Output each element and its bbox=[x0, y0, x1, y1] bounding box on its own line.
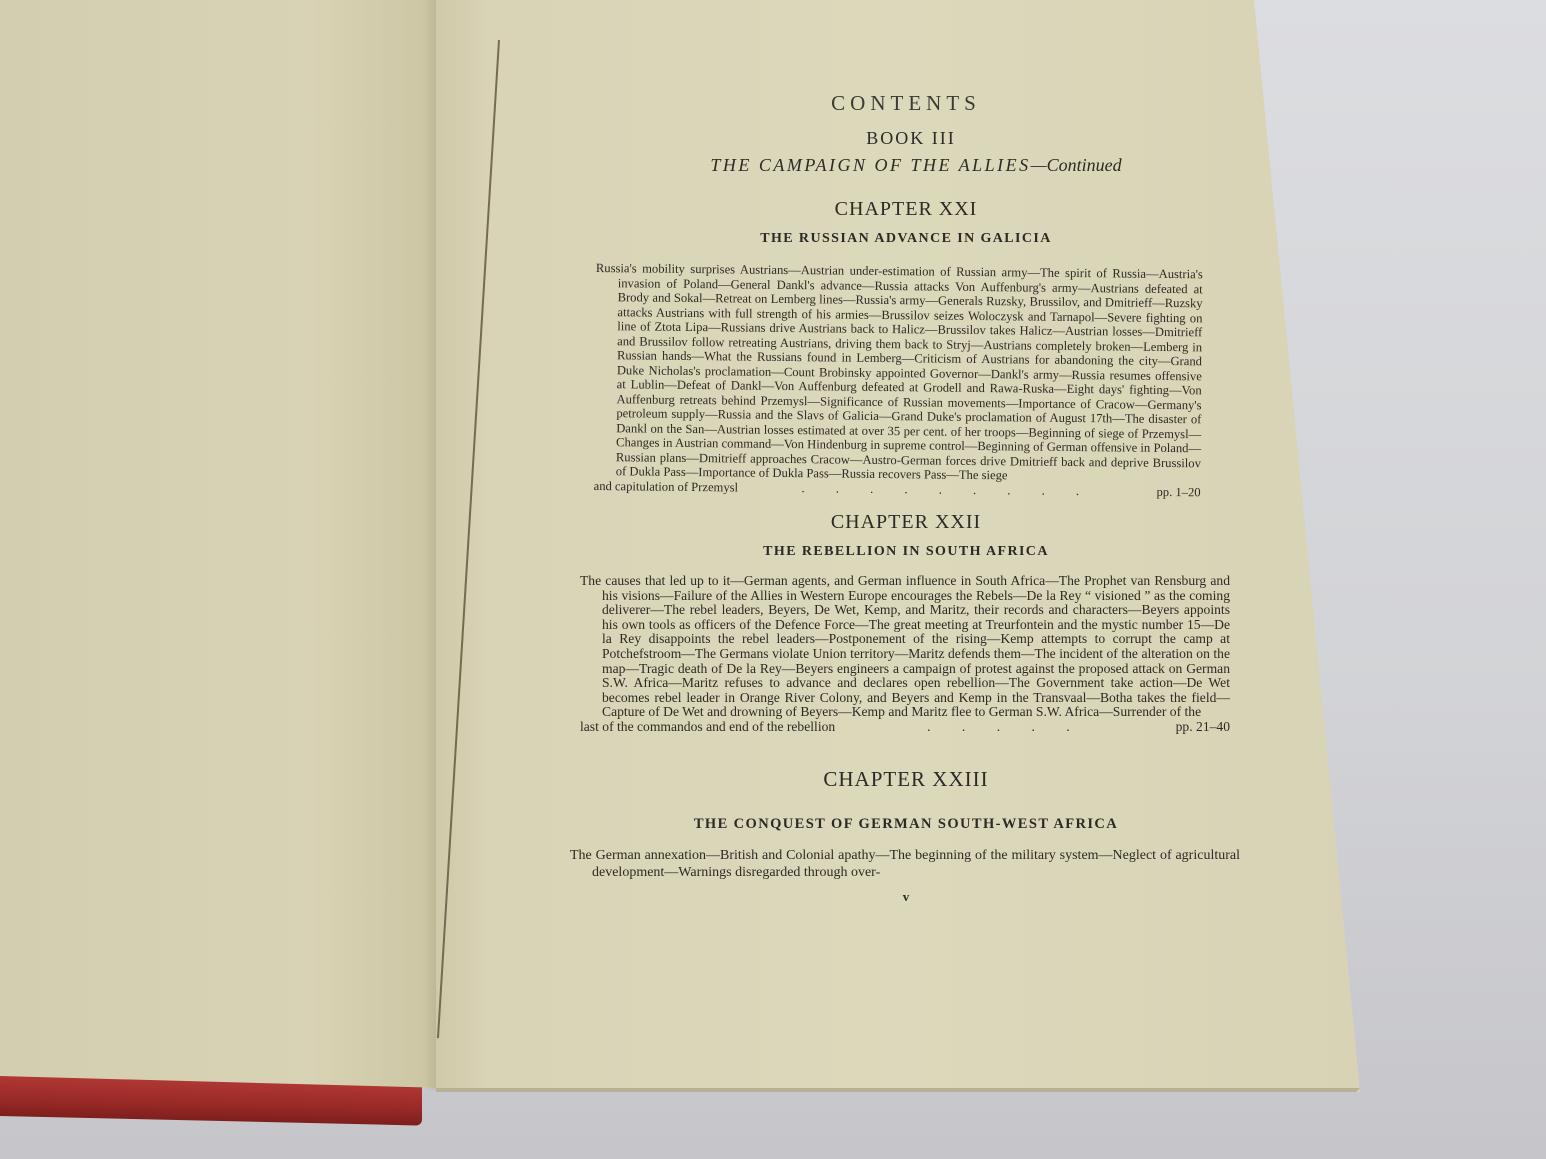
chapter-22-title: THE REBELLION IN SOUTH AFRICA bbox=[586, 544, 1226, 560]
chapter-23-title: THE CONQUEST OF GERMAN SOUTH-WEST AFRICA bbox=[586, 816, 1226, 833]
chapter-23-heading: CHAPTER XXIII bbox=[586, 767, 1226, 792]
book-subtitle-main: THE CAMPAIGN OF THE ALLIES bbox=[710, 155, 1030, 175]
book-subtitle: THE CAMPAIGN OF THE ALLIES—Continued bbox=[606, 155, 1226, 176]
chapter-21-page-range-line: and capitulation of Przemysl . . . . . .… bbox=[616, 479, 1201, 500]
page-block-bottom-edge bbox=[436, 1088, 1360, 1092]
chapter-22-last-line: last of the commandos and end of the reb… bbox=[602, 720, 835, 735]
chapter-21-heading: CHAPTER XXI bbox=[586, 198, 1226, 221]
dot-leaders: . . . . . bbox=[835, 720, 1197, 735]
photo-scene: CONTENTS BOOK III THE CAMPAIGN OF THE AL… bbox=[0, 0, 1546, 1159]
chapter-22-pages: pp. 21–40 bbox=[1198, 720, 1230, 735]
chapter-22-heading: CHAPTER XXII bbox=[586, 511, 1226, 534]
chapter-21-pages: pp. 1–20 bbox=[1178, 485, 1200, 500]
chapter-23-summary: The German annexation—British and Coloni… bbox=[570, 847, 1240, 881]
chapter-22-page-range-line: last of the commandos and end of the reb… bbox=[602, 720, 1230, 735]
left-blank-page bbox=[0, 0, 446, 1090]
chapter-21-last-line: and capitulation of Przemysl bbox=[616, 479, 739, 495]
book-subtitle-suffix: —Continued bbox=[1031, 155, 1122, 175]
contents-header: CONTENTS bbox=[586, 91, 1226, 116]
chapter-21-summary: Russia's mobility surprises Austrians—Au… bbox=[594, 261, 1203, 499]
page-folio-number: v bbox=[586, 889, 1226, 905]
dot-leaders: . . . . . . . . . bbox=[738, 480, 1179, 499]
contents-text-block: CONTENTS BOOK III THE CAMPAIGN OF THE AL… bbox=[566, 85, 1226, 905]
right-contents-page: CONTENTS BOOK III THE CAMPAIGN OF THE AL… bbox=[436, 0, 1360, 1092]
book-label: BOOK III bbox=[596, 128, 1226, 149]
chapter-22-summary-text: The causes that led up to it—German agen… bbox=[580, 573, 1230, 719]
chapter-22-summary: The causes that led up to it—German agen… bbox=[580, 574, 1230, 735]
chapter-21-summary-text: Russia's mobility surprises Austrians—Au… bbox=[596, 261, 1203, 482]
chapter-21-title: THE RUSSIAN ADVANCE IN GALICIA bbox=[586, 231, 1226, 247]
